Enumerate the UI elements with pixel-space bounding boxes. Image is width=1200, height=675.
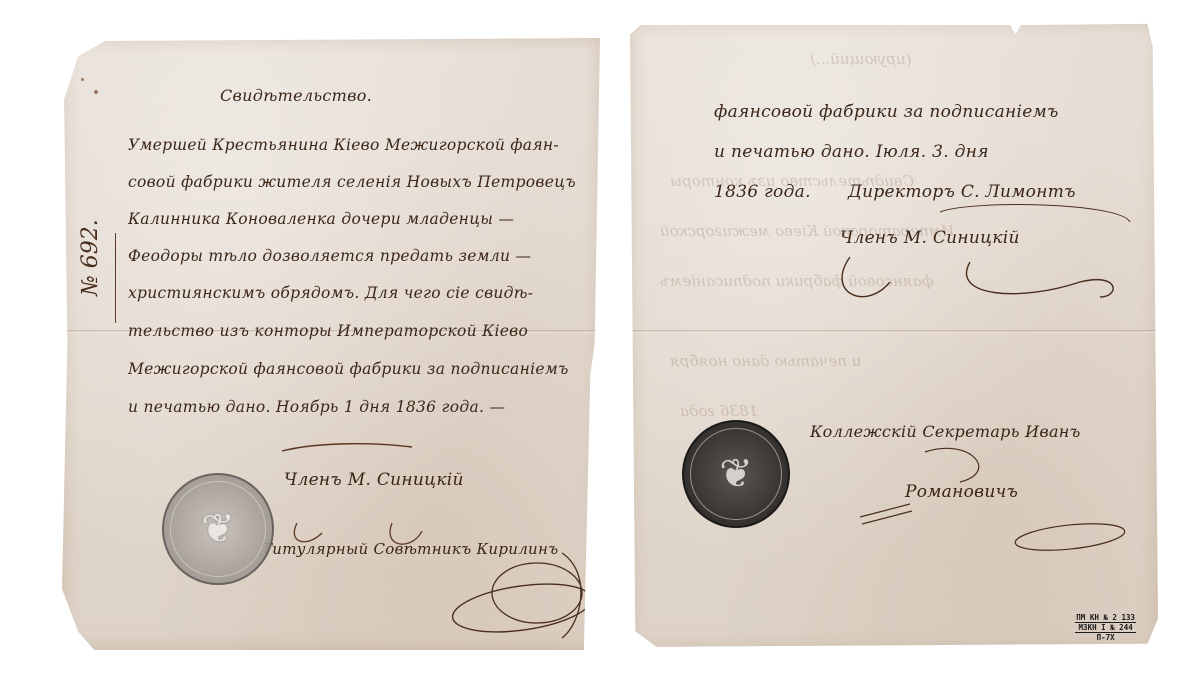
- registry-number: № 692.: [78, 219, 103, 296]
- text-line: и печатью дано. Іюля. 3. дня: [714, 142, 989, 162]
- text-line: совой фабрики жителя селенія Новыхъ Петр…: [128, 173, 576, 191]
- certificate-front-sheet: Свидѣтельство. № 692. Умершей Крестьянин…: [62, 38, 600, 650]
- certificate-back-sheet: (ирующий...) Свидѣтельство изъ конторы И…: [630, 22, 1158, 650]
- signature-member: Членъ М. Синицкій: [284, 470, 464, 490]
- text-line: християнскимъ обрядомъ. Для чего сіе сви…: [128, 284, 533, 302]
- text-line: Межигорской фаянсовой фабрики за подписа…: [128, 360, 569, 378]
- factory-seal: ❦: [682, 420, 790, 528]
- text-line: и печатью дано. Ноябрь 1 дня 1836 года. …: [128, 398, 505, 416]
- text-line: тельство изъ конторы Императорской Кіево: [128, 322, 528, 340]
- text-line: Калинника Коноваленка дочери младенцы —: [128, 210, 514, 228]
- text-line: Умершей Крестьянина Кіево Межигорской фа…: [128, 136, 559, 154]
- text-line: фаянсовой фабрики за подписаніемъ: [714, 102, 1059, 122]
- text-line: 1836 года.: [714, 182, 811, 202]
- signature-director: Директоръ С. Лимонтъ: [848, 182, 1076, 202]
- signature-flourish: [830, 442, 1150, 552]
- document-title: Свидѣтельство.: [220, 86, 372, 105]
- fold-crease: [630, 330, 1158, 333]
- signature-collegiate-secretary: Коллежскій Секретарь Иванъ: [810, 422, 1081, 441]
- faded-header: (ирующий...): [810, 50, 912, 68]
- signature-flourish: [820, 202, 1140, 312]
- factory-seal: ❦: [162, 473, 274, 585]
- signature-titular-councillor: Титулярный Совѣтникъ Кирилинъ: [262, 540, 558, 558]
- text-line: Феодоры тѣло дозволяется предать земли —: [128, 247, 531, 265]
- archive-inventory-label: ПМ КН № 2 133 МЗКН I № 244 П-7Х: [1075, 613, 1136, 642]
- margin-rule: [115, 233, 116, 323]
